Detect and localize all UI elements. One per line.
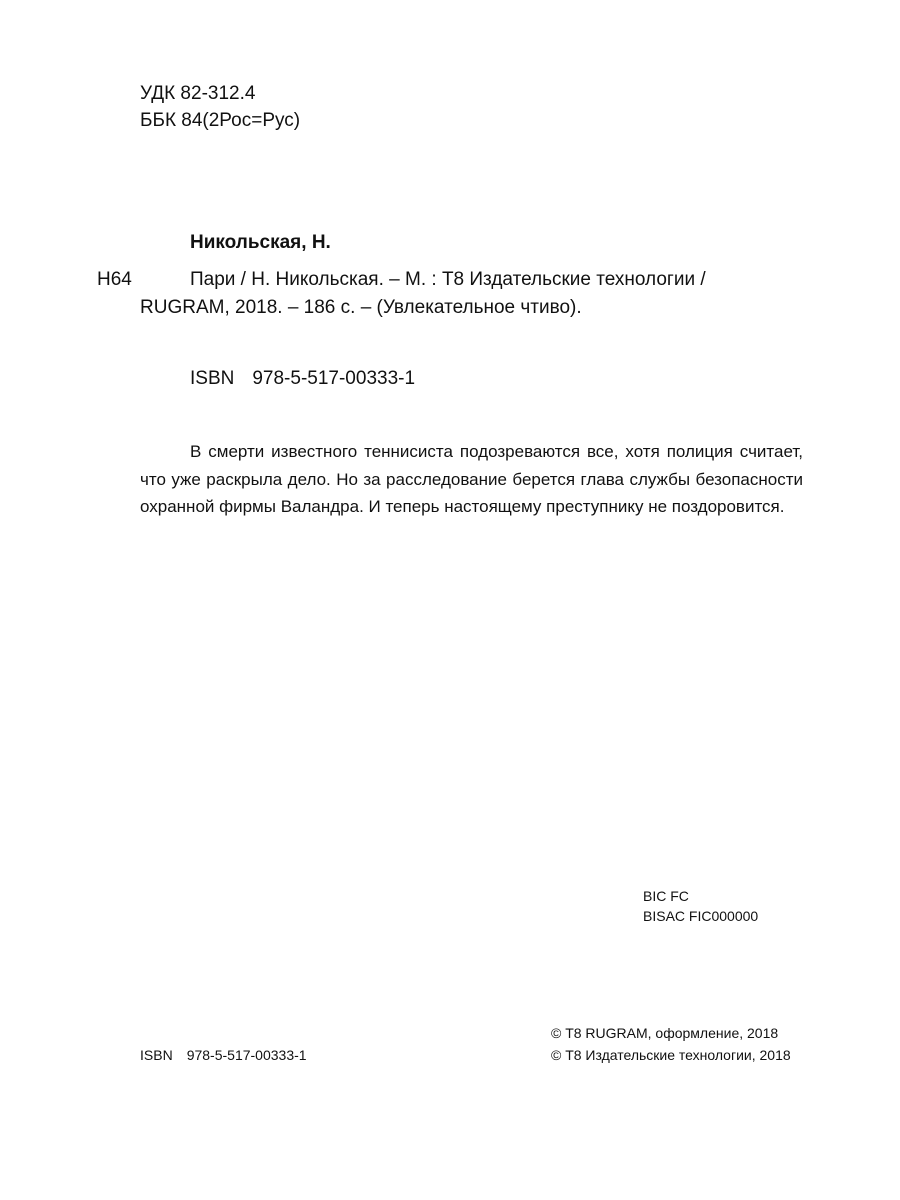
isbn-value: 978-5-517-00333-1 bbox=[252, 368, 415, 389]
bibliographic-description-line-2: RUGRAM, 2018. – 186 с. – (Увлекательное … bbox=[140, 295, 582, 321]
annotation: В смерти известного теннисиста подозрева… bbox=[140, 438, 803, 521]
footer-isbn-line: ISBN978-5-517-00333-1 bbox=[140, 1045, 307, 1065]
bisac-code: BISAC FIC000000 bbox=[643, 906, 758, 926]
isbn-line: ISBN978-5-517-00333-1 bbox=[190, 366, 415, 392]
bibliographic-description-line-1: Пари / Н. Никольская. – М. : Т8 Издатель… bbox=[190, 267, 706, 293]
udk-code: УДК 82-312.4 bbox=[140, 81, 255, 107]
copyright-publisher: © Т8 Издательские технологии, 2018 bbox=[551, 1044, 791, 1066]
isbn-label: ISBN bbox=[190, 368, 234, 389]
author-heading: Никольская, Н. bbox=[190, 230, 331, 256]
footer-isbn-label: ISBN bbox=[140, 1047, 173, 1063]
footer-isbn-value: 978-5-517-00333-1 bbox=[187, 1047, 307, 1063]
annotation-text: В смерти известного теннисиста подозрева… bbox=[140, 438, 803, 521]
copyright-design: © Т8 RUGRAM, оформление, 2018 bbox=[551, 1022, 778, 1044]
bbk-code: ББК 84(2Рос=Рус) bbox=[140, 108, 300, 134]
bic-code: BIC FC bbox=[643, 886, 689, 906]
author-sign: Н64 bbox=[97, 267, 132, 293]
